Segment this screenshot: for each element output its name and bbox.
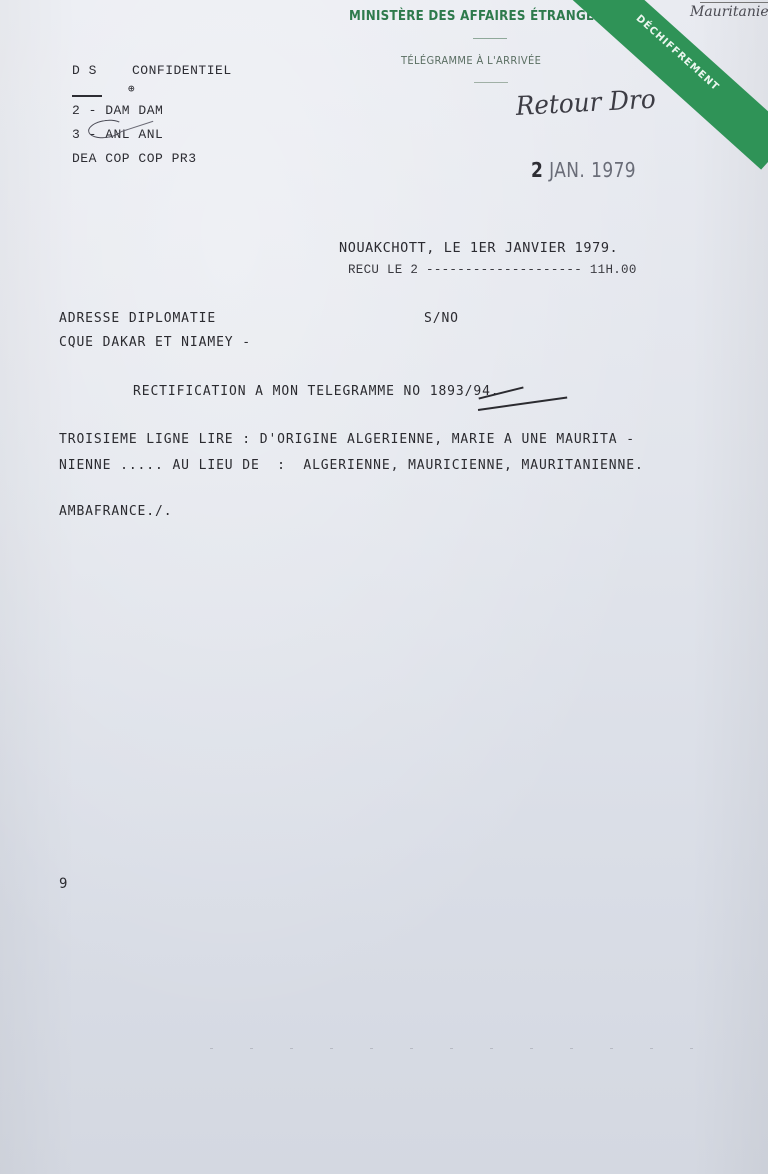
subject-prefix: RECTIFICATION A MON TELEGRAMME NO [133,384,430,399]
reference-number: S/NO [424,311,459,326]
paper-background [0,0,768,1174]
place-date: NOUAKCHOTT, LE 1ER JANVIER 1979. [339,240,618,256]
routing-line-4: DEA COP COP PR3 [72,151,197,166]
address-line-1: ADRESSE DIPLOMATIE [59,311,216,326]
letterhead-divider [474,82,508,83]
decryption-band-label: DÉCHIFFREMENT [634,13,721,93]
routing-line-2: 2 - DAM DAM [72,103,163,118]
body-line-2: NIENNE ..... AU LIEU DE : ALGERIENNE, MA… [59,458,644,473]
routing-mark-icon: ⊕ [128,82,135,96]
letterhead-divider [473,38,507,39]
classification-label: CONFIDENTIEL [132,63,232,78]
stamp-day: 2 [531,158,543,182]
routing-underline [72,95,102,97]
received-stamp: 2 JAN. 1979 [531,158,636,182]
corner-rule [700,2,768,3]
handwritten-note: Retour Dro [515,85,656,122]
ministry-heading: MINISTÈRE DES AFFAIRES ÉTRANGÈRES [349,8,621,24]
signature: AMBAFRANCE./. [59,504,172,519]
faint-dotted-line [210,1048,730,1049]
routing-code: D S [72,63,97,78]
decryption-band: DÉCHIFFREMENT [568,0,768,170]
received-line: RECU LE 2 -------------------- 11H.00 [348,263,637,277]
page-number: 9 [59,876,67,892]
telegram-reference: 1893/94. [430,384,500,399]
stamp-month-year: JAN. 1979 [549,158,636,182]
corner-handwriting: Mauritanie [690,4,768,20]
address-line-2: CQUE DAKAR ET NIAMEY - [59,335,251,350]
subject-line: RECTIFICATION A MON TELEGRAMME NO 1893/9… [133,384,500,399]
telegram-type: TÉLÉGRAMME À L'ARRIVÉE [401,54,541,67]
body-line-1: TROISIEME LIGNE LIRE : D'ORIGINE ALGERIE… [59,432,635,447]
